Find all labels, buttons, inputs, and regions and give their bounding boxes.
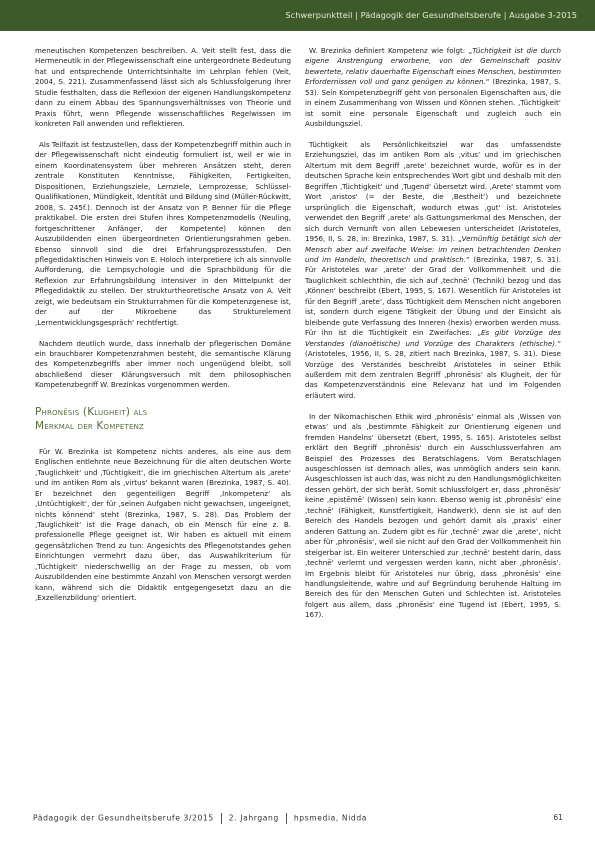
text: Tüchtigkeit als Persönlichkeitsziel war … <box>305 140 561 243</box>
paragraph-arete: Tüchtigkeit als Persönlichkeitsziel war … <box>305 140 561 401</box>
footer-journal: Pädagogik der Gesundheitsberufe 3/2015 <box>33 814 214 823</box>
section-heading-line-2: Merkmal der Kompetenz <box>35 419 291 433</box>
section-heading: Phronēsis (Klugheit) als Merkmal der Kom… <box>35 405 291 433</box>
paragraph-phronesis: In der Nikomachischen Ethik wird ‚phronē… <box>305 412 561 621</box>
paragraph-definition: W. Brezinka definiert Kompetenz wie folg… <box>305 46 561 130</box>
text: W. Brezinka definiert Kompetenz wie folg… <box>309 46 472 55</box>
left-column: meneutischen Kompetenzen beschreiben. A.… <box>35 46 291 614</box>
footer-divider <box>286 813 287 824</box>
footer-divider <box>221 813 222 824</box>
paragraph: meneutischen Kompetenzen beschreiben. A.… <box>35 46 291 130</box>
paragraph: Als Teilfazit ist festzustellen, dass de… <box>35 140 291 328</box>
running-title: Schwerpunktteil | Pädagogik der Gesundhe… <box>285 10 577 20</box>
footer: Pädagogik der Gesundheitsberufe 3/20152.… <box>33 813 563 824</box>
footer-volume: 2. Jahrgang <box>229 814 279 823</box>
text: “ (Brezinka, 1987, S. 31). Für Aristotel… <box>305 255 561 337</box>
section-heading-line-1: Phronēsis (Klugheit) als <box>35 405 291 419</box>
right-column: W. Brezinka definiert Kompetenz wie folg… <box>305 46 561 631</box>
page-number: 61 <box>553 813 563 822</box>
header-bar: Schwerpunktteil | Pädagogik der Gesundhe… <box>0 0 595 31</box>
paragraph: Nachdem deutlich wurde, dass innerhalb d… <box>35 339 291 391</box>
paragraph: Für W. Brezinka ist Kompetenz nichts and… <box>35 447 291 604</box>
footer-publisher: hpsmedia, Nidda <box>294 814 367 823</box>
